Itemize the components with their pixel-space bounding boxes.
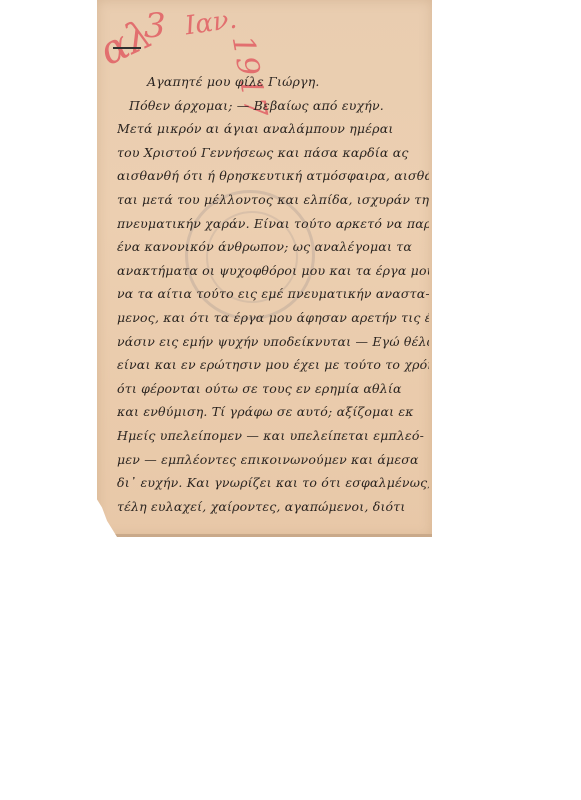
text-line: νάσιν εις εμήν ψυχήν υποδείκνυται — Εγώ … (117, 330, 429, 354)
text-line: και ενθύμιση. Τί γράφω σε αυτό; αξίζομαι… (117, 400, 429, 424)
text-line: Πόθεν άρχομαι; — Βεβαίως από ευχήν. (117, 94, 429, 118)
text-line: είναι και εν ερώτησιν μου έχει με τούτο … (117, 353, 429, 377)
text-line: ανακτήματα οι ψυχοφθόροι μου και τα έργα… (117, 259, 429, 283)
salutation-line: Αγαπητέ μου φίλε Γιώργη. (117, 70, 429, 94)
red-margin-note-month: Ιαν. (183, 5, 239, 42)
text-line: μεν — εμπλέοντες επικοινωνούμεν και άμεσ… (117, 448, 429, 472)
text-line: του Χριστού Γεννήσεως και πάσα καρδία ας (117, 141, 429, 165)
text-line: ένα κανονικόν άνθρωπον; ως αναλέγομαι τα (117, 235, 429, 259)
salutation-underline (113, 47, 141, 49)
text-line: ότι φέρονται ούτω σε τους εν ερημία αθλί… (117, 377, 429, 401)
letter-body: Αγαπητέ μου φίλε Γιώργη. Πόθεν άρχομαι; … (117, 70, 429, 518)
text-line: μενος, και ότι τα έργα μου άφησαν αρετήν… (117, 306, 429, 330)
red-margin-note-day: 3 (144, 6, 166, 46)
text-line: αισθανθή ότι ή θρησκευτική ατμόσφαιρα, α… (117, 164, 429, 188)
text-line: δι᾽ ευχήν. Και γνωρίζει και το ότι εσφαλ… (117, 471, 429, 495)
paper-bottom-edge (111, 534, 432, 537)
letter-page: αλ 3 Ιαν. 1917 Αγαπητέ μου φίλε Γιώργη. … (97, 0, 432, 537)
text-line: Ημείς υπελείπομεν — και υπελείπεται εμπλ… (117, 424, 429, 448)
text-line: τέλη ευλαχεί, χαίροντες, αγαπώμενοι, διό… (117, 495, 429, 519)
text-line: ται μετά του μέλλοντος και ελπίδα, ισχυρ… (117, 188, 429, 212)
text-line: πνευματικήν χαράν. Είναι τούτο αρκετό να… (117, 212, 429, 236)
text-line: Μετά μικρόν αι άγιαι αναλάμπουν ημέραι (117, 117, 429, 141)
text-line: να τα αίτια τούτο εις εμέ πνευματικήν αν… (117, 282, 429, 306)
